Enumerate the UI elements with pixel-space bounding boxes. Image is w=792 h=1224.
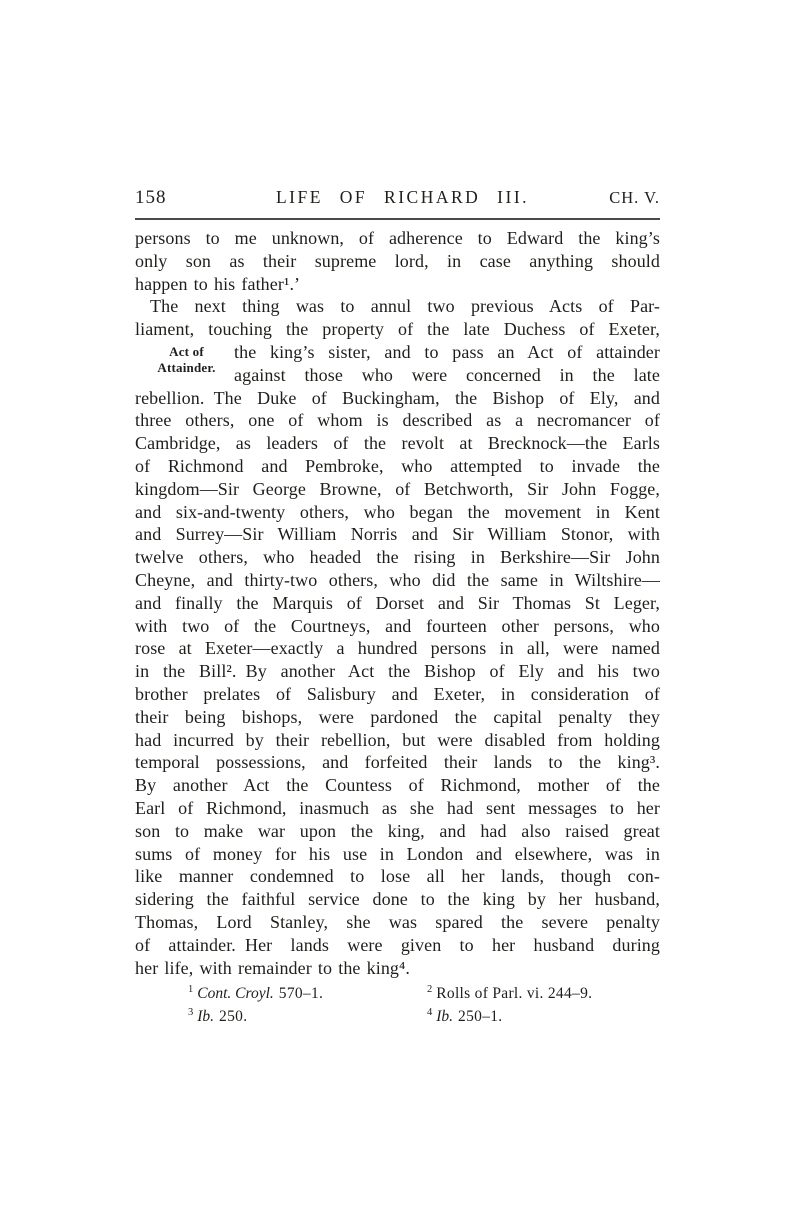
text-line: brother prelates of Salisbury and Exeter… xyxy=(135,683,660,706)
footnote-source: Cont. Croyl. xyxy=(197,985,274,1002)
page-header: 158 LIFE OF RICHARD III. CH. V. xyxy=(135,187,660,209)
text-line: rose at Exeter—exactly a hundred persons… xyxy=(135,637,660,660)
text-line: of attainder. Her lands were given to he… xyxy=(135,934,660,957)
page-number: 158 xyxy=(135,187,225,209)
text-line: the king’s sister, and to pass an Act of… xyxy=(234,341,660,364)
footnote-marker: 2 xyxy=(427,984,432,995)
text-line: Earl of Richmond, inasmuch as she had se… xyxy=(135,797,660,820)
footnote: 4Ib.250–1. xyxy=(427,1006,660,1029)
text-line: Cambridge, as leaders of the revolt at B… xyxy=(135,432,660,455)
text-line: only son as their supreme lord, in case … xyxy=(135,250,660,273)
footnote-reference: 250–1. xyxy=(458,1008,502,1025)
text-line: and six-and-twenty others, who began the… xyxy=(135,501,660,524)
text-line: sums of money for his use in London and … xyxy=(135,843,660,866)
header-rule xyxy=(135,218,660,220)
footnote: 1Cont. Croyl.570–1. xyxy=(188,983,427,1006)
footnote-reference: 250. xyxy=(219,1008,247,1025)
footnote-source: Ib. xyxy=(197,1008,214,1025)
text-line: their being bishops, were pardoned the c… xyxy=(135,706,660,729)
body-text: persons to me unknown, of adherence to E… xyxy=(135,227,660,979)
text-line: sidering the faithful service done to th… xyxy=(135,888,660,911)
text-line: happen to his father¹.’ xyxy=(135,273,660,296)
text-line: By another Act the Countess of Richmond,… xyxy=(135,774,660,797)
text-line: twelve others, who headed the rising in … xyxy=(135,546,660,569)
footnote: 3Ib.250. xyxy=(188,1006,427,1029)
text-line: kingdom—Sir George Browne, of Betchworth… xyxy=(135,478,660,501)
text-line: persons to me unknown, of adherence to E… xyxy=(135,227,660,250)
text-line: and Surrey—Sir William Norris and Sir Wi… xyxy=(135,523,660,546)
footnote-source: Ib. xyxy=(436,1008,453,1025)
sidenote-line: Attainder. xyxy=(149,360,224,377)
text-line: in the Bill². By another Act the Bishop … xyxy=(135,660,660,683)
text-line: son to make war upon the king, and had a… xyxy=(135,820,660,843)
paragraph-1: persons to me unknown, of adherence to E… xyxy=(135,227,660,295)
text-line: liament, touching the property of the la… xyxy=(135,318,660,341)
text-line: had incurred by their rebellion, but wer… xyxy=(135,729,660,752)
footnote-column-right: 2Rolls of Parl. vi. 244–9. 4Ib.250–1. xyxy=(427,983,660,1028)
footnote: 2Rolls of Parl. vi. 244–9. xyxy=(427,983,660,1006)
footnote-reference: Rolls of Parl. vi. 244–9. xyxy=(436,985,592,1002)
paragraph-2-beside-note: the king’s sister, and to pass an Act of… xyxy=(234,341,660,387)
text-line: temporal possessions, and forfeited thei… xyxy=(135,751,660,774)
sidenote-row: Act of Attainder. the king’s sister, and… xyxy=(135,341,660,387)
chapter-label: CH. V. xyxy=(580,188,660,208)
footnotes: 1Cont. Croyl.570–1. 3Ib.250. 2Rolls of P… xyxy=(135,983,660,1028)
paragraph-2-continued: rebellion. The Duke of Buckingham, the B… xyxy=(135,387,660,980)
text-line: of Richmond and Pembroke, who attempted … xyxy=(135,455,660,478)
footnote-marker: 1 xyxy=(188,984,193,995)
book-page: 158 LIFE OF RICHARD III. CH. V. persons … xyxy=(0,0,792,1224)
text-line: against those who were concerned in the … xyxy=(234,364,660,387)
text-line: The next thing was to annul two previous… xyxy=(135,295,660,318)
footnote-marker: 3 xyxy=(188,1007,193,1018)
text-line: with two of the Courtneys, and fourteen … xyxy=(135,615,660,638)
text-line: rebellion. The Duke of Buckingham, the B… xyxy=(135,387,660,410)
text-line: Cheyne, and thirty-two others, who did t… xyxy=(135,569,660,592)
text-line: and finally the Marquis of Dorset and Si… xyxy=(135,592,660,615)
text-line: like manner condemned to lose all her la… xyxy=(135,865,660,888)
sidenote-line: Act of xyxy=(149,344,224,361)
running-title: LIFE OF RICHARD III. xyxy=(225,187,580,208)
footnote-reference: 570–1. xyxy=(279,985,323,1002)
text-line: her life, with remainder to the king⁴. xyxy=(135,957,660,980)
text-line: Thomas, Lord Stanley, she was spared the… xyxy=(135,911,660,934)
footnote-marker: 4 xyxy=(427,1007,432,1018)
text-line: three others, one of whom is described a… xyxy=(135,409,660,432)
footnote-column-left: 1Cont. Croyl.570–1. 3Ib.250. xyxy=(135,983,427,1028)
paragraph-2-opening: The next thing was to annul two previous… xyxy=(135,295,660,341)
sidenote: Act of Attainder. xyxy=(135,341,234,387)
